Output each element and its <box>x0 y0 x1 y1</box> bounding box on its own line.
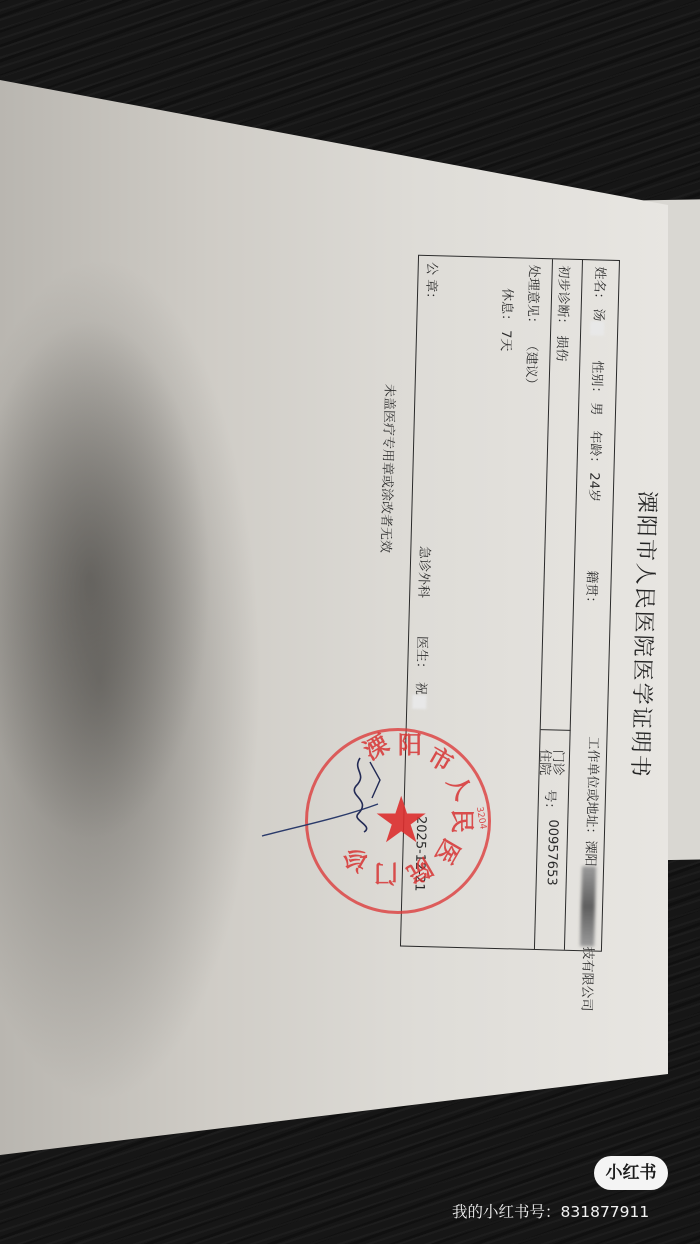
doctor-value: 祝 <box>412 682 432 710</box>
doctor-signature <box>260 740 400 850</box>
xiaohongshu-logo: 小红书 <box>594 1156 668 1190</box>
department: 急诊外科 <box>415 546 435 598</box>
diagnosis-label: 初步诊断： <box>554 265 575 330</box>
native-place-label: 籍贯： <box>583 570 603 609</box>
name-label: 姓名： <box>591 266 611 305</box>
rest-label: 休息： <box>498 288 518 327</box>
xiaohongshu-id: 我的小红书号：831877911 <box>452 1200 649 1222</box>
diagnosis-value: 损伤 <box>553 335 573 362</box>
validity-note: 未盖医疗专用章或涂改者无效 <box>377 384 400 553</box>
age-label: 年龄： <box>587 430 607 469</box>
gender-label: 性别： <box>588 360 608 399</box>
divider <box>541 729 571 731</box>
inpatient-label: 住院 <box>536 749 556 776</box>
record-number-label: 号： <box>541 789 561 816</box>
doctor-label: 医生： <box>413 636 433 675</box>
redaction-blur <box>591 321 605 335</box>
work-unit: 工作单位或地址：溧阳技有限公司 <box>578 736 604 1011</box>
rest-value: 7天 <box>498 330 518 352</box>
seal-label: 公 章： <box>423 262 443 306</box>
redaction-blur <box>581 866 597 946</box>
advice-value: （建议） <box>523 339 543 391</box>
medical-certificate: 溧阳市人民医院医学证明书 姓名： 汤 性别： 男 年龄： 24岁 籍贯： 工作单… <box>370 254 620 1040</box>
advice-label: 处理意见： <box>524 265 545 330</box>
redaction-blur <box>413 695 427 709</box>
record-number-value: 00957653 <box>544 819 561 886</box>
name-value: 汤 <box>590 308 610 336</box>
age-value: 24岁 <box>586 472 606 502</box>
gender-value: 男 <box>588 402 607 416</box>
